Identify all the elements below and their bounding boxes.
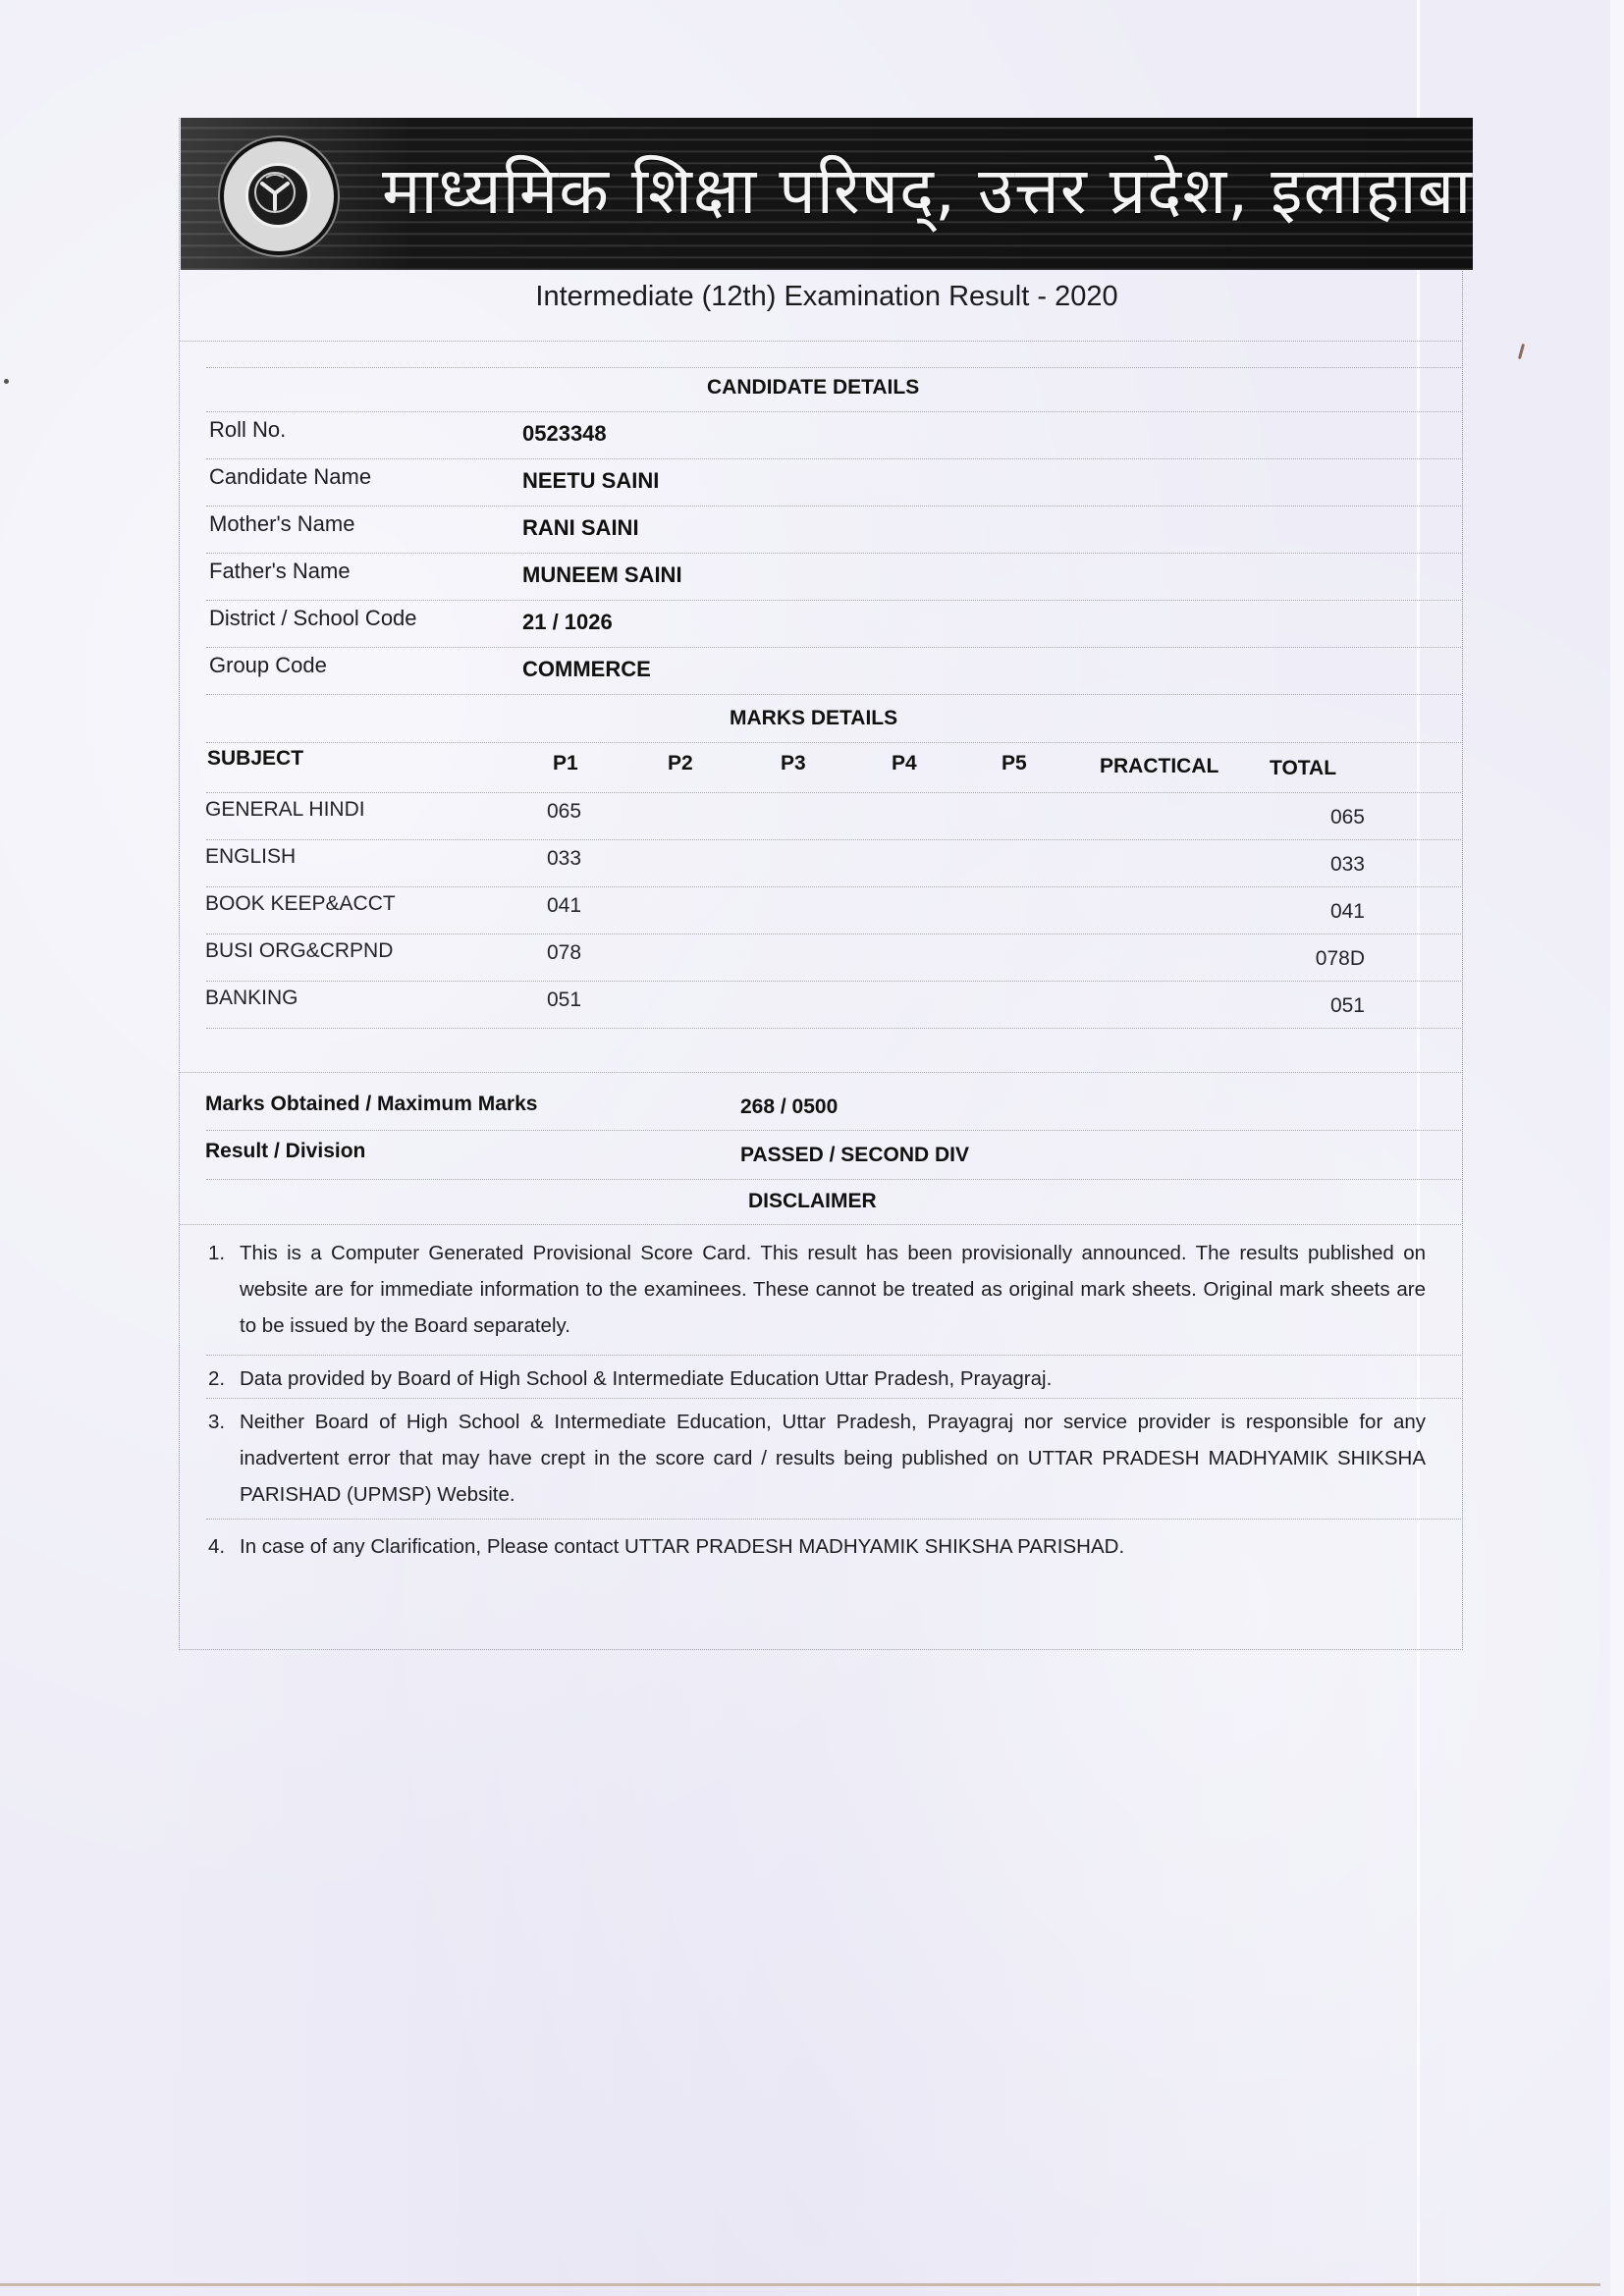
- marks-obtained-label: Marks Obtained / Maximum Marks: [205, 1093, 537, 1116]
- col-header-practical: PRACTICAL: [1100, 755, 1218, 778]
- table-cell-p1: 065: [547, 800, 581, 824]
- disclaimer-item-text: This is a Computer Generated Provisional…: [208, 1235, 1426, 1344]
- table-cell-total: 033: [1330, 853, 1365, 877]
- divider: [180, 1224, 1461, 1225]
- candidate-field-value: 0523348: [522, 421, 607, 447]
- divider: [206, 600, 1461, 601]
- candidate-field-label: Father's Name: [209, 559, 351, 584]
- exam-title: Intermediate (12th) Examination Result -…: [0, 281, 1624, 313]
- table-cell-total: 065: [1330, 806, 1365, 829]
- disclaimer-item: 2.Data provided by Board of High School …: [208, 1361, 1426, 1397]
- table-cell-subject: GENERAL HINDI: [205, 798, 365, 822]
- divider: [206, 1130, 1461, 1131]
- disclaimer-item: 1.This is a Computer Generated Provision…: [208, 1235, 1426, 1344]
- divider: [206, 458, 1461, 459]
- candidate-field-value: 21 / 1026: [522, 610, 613, 635]
- candidate-field-label: Candidate Name: [209, 464, 371, 490]
- disclaimer-item-text: Neither Board of High School & Intermedi…: [208, 1404, 1426, 1513]
- disclaimer-item-number: 3.: [208, 1404, 225, 1440]
- result-division-value: PASSED / SECOND DIV: [740, 1144, 969, 1167]
- disclaimer-item-text: In case of any Clarification, Please con…: [208, 1528, 1426, 1565]
- table-cell-total: 051: [1330, 994, 1365, 1018]
- divider: [206, 934, 1461, 934]
- divider: [206, 367, 1461, 368]
- divider: [206, 1028, 1461, 1029]
- divider: [206, 1519, 1461, 1520]
- divider: [206, 792, 1461, 793]
- paper-right-edge: [1610, 0, 1624, 2296]
- divider: [206, 553, 1461, 554]
- col-header-p1: P1: [553, 752, 578, 775]
- col-header-total: TOTAL: [1270, 757, 1336, 780]
- divider: [206, 647, 1461, 648]
- marks-obtained-value: 268 / 0500: [740, 1095, 838, 1119]
- divider: [206, 694, 1461, 695]
- disclaimer-item: 4.In case of any Clarification, Please c…: [208, 1528, 1426, 1565]
- candidate-field-label: Mother's Name: [209, 511, 354, 537]
- table-cell-subject: BANKING: [205, 987, 298, 1010]
- disclaimer-item: 3.Neither Board of High School & Interme…: [208, 1404, 1426, 1513]
- result-division-label: Result / Division: [205, 1140, 365, 1163]
- divider: [180, 1072, 1461, 1073]
- divider: [206, 839, 1461, 840]
- candidate-field-value: RANI SAINI: [522, 515, 639, 541]
- candidate-field-value: NEETU SAINI: [522, 468, 659, 494]
- divider: [206, 742, 1461, 743]
- col-header-subject: SUBJECT: [207, 747, 303, 771]
- candidate-details-heading: CANDIDATE DETAILS: [707, 376, 919, 400]
- table-cell-subject: BOOK KEEP&ACCT: [205, 892, 396, 916]
- divider: [206, 1398, 1461, 1399]
- candidate-field-value: MUNEEM SAINI: [522, 562, 682, 588]
- divider: [206, 411, 1461, 412]
- divider: [206, 981, 1461, 982]
- table-cell-p1: 041: [547, 894, 581, 918]
- candidate-field-label: District / School Code: [209, 606, 417, 631]
- disclaimer-item-number: 4.: [208, 1528, 225, 1565]
- table-cell-subject: BUSI ORG&CRPND: [205, 939, 393, 963]
- table-cell-p1: 051: [547, 988, 581, 1012]
- table-cell-total: 078D: [1316, 947, 1365, 971]
- divider: [206, 1179, 1461, 1180]
- paper-bottom-edge: [0, 2283, 1600, 2286]
- marks-details-heading: MARKS DETAILS: [730, 707, 897, 730]
- divider: [206, 506, 1461, 507]
- col-header-p4: P4: [892, 752, 917, 775]
- candidate-field-label: Group Code: [209, 653, 327, 678]
- table-cell-p1: 078: [547, 941, 581, 965]
- col-header-p5: P5: [1001, 752, 1027, 775]
- scan-speck: [4, 379, 9, 384]
- disclaimer-item-number: 2.: [208, 1361, 225, 1397]
- candidate-field-value: COMMERCE: [522, 657, 651, 682]
- col-header-p3: P3: [781, 752, 806, 775]
- emblem-symbol-icon: [252, 170, 298, 215]
- divider: [180, 341, 1461, 342]
- candidate-field-label: Roll No.: [209, 417, 286, 443]
- divider: [206, 886, 1461, 887]
- board-name-hindi: माध्यमिक शिक्षा परिषद्, उत्तर प्रदेश, इल…: [382, 128, 1473, 255]
- board-header-banner: माध्यमिक शिक्षा परिषद्, उत्तर प्रदेश, इल…: [181, 118, 1473, 270]
- table-cell-total: 041: [1330, 900, 1365, 924]
- table-cell-subject: ENGLISH: [205, 845, 296, 869]
- disclaimer-item-text: Data provided by Board of High School & …: [208, 1361, 1426, 1397]
- col-header-p2: P2: [668, 752, 693, 775]
- table-cell-p1: 033: [547, 847, 581, 871]
- up-board-emblem-icon: [220, 137, 338, 255]
- divider: [206, 1355, 1461, 1356]
- disclaimer-item-number: 1.: [208, 1235, 225, 1271]
- disclaimer-heading: DISCLAIMER: [748, 1190, 877, 1213]
